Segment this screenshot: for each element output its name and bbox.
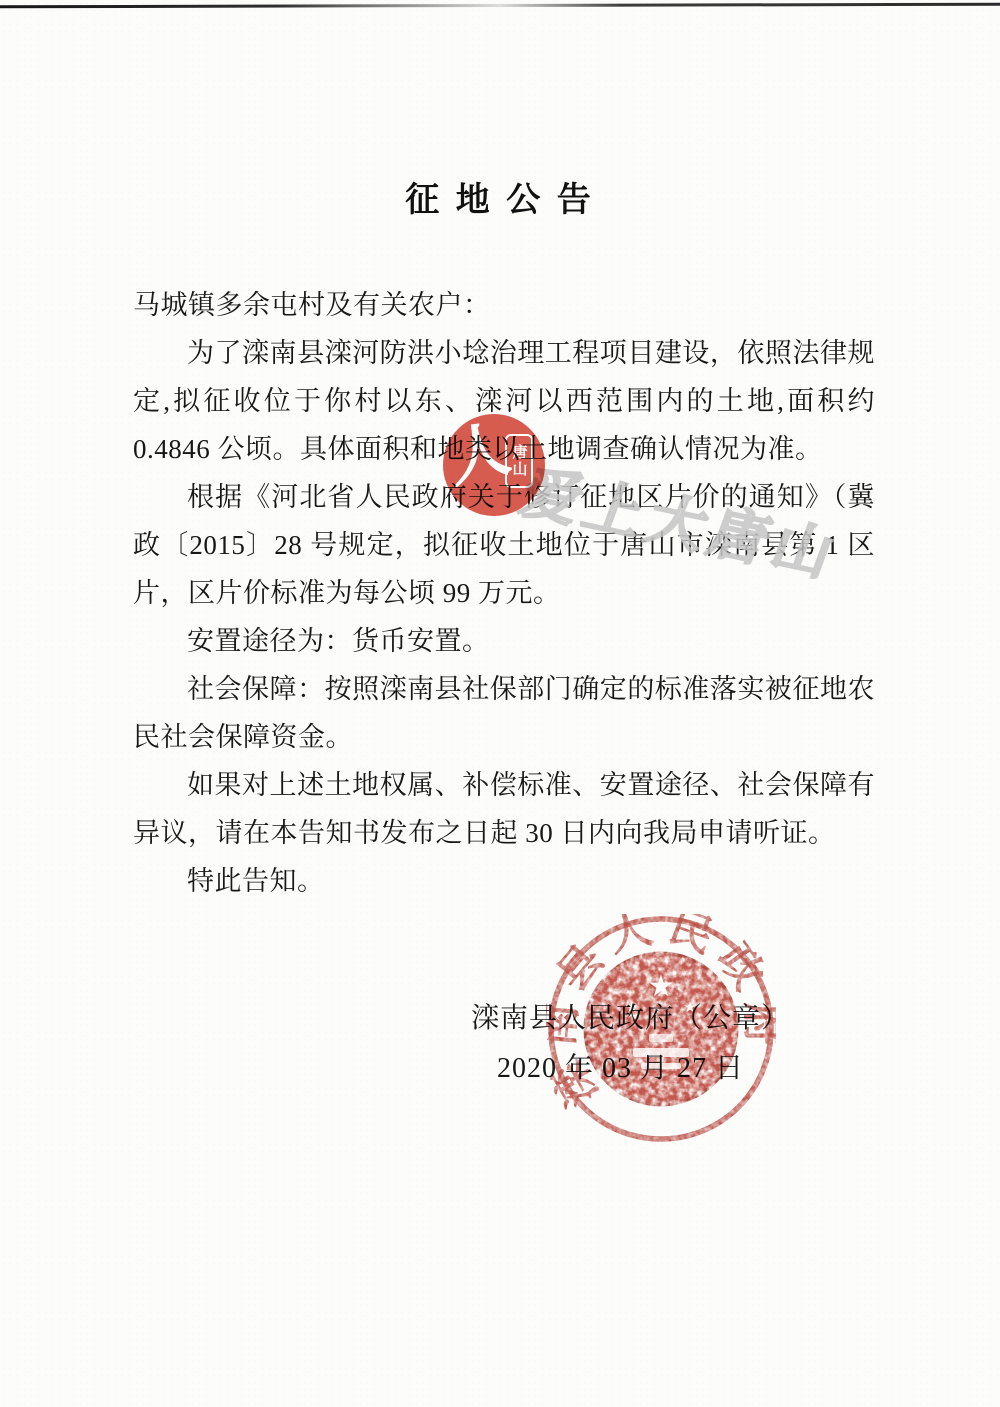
emblem-star-small-left: ★ [625, 1000, 638, 1016]
app-logo-watermark: 人 唐山 [443, 414, 545, 516]
seal-emblem: ★ ★ ★ [585, 953, 737, 1105]
official-seal: 滦南县人民政府 ★ ★ ★ [546, 914, 776, 1144]
emblem-gate-band [641, 1063, 681, 1069]
body-paragraph: 特此告知。 [133, 857, 875, 905]
emblem-star-large: ★ [648, 970, 675, 1003]
body-paragraph: 安置途径为：货币安置。 [133, 617, 875, 665]
page-title: 征 地 公 告 [0, 172, 1000, 221]
scan-artifact-top-line [0, 3, 1000, 9]
body-paragraph: 社会保障：按照滦南县社保部门确定的标准落实被征地农民社会保障资金。 [133, 665, 875, 761]
logo-tangshan-label: 唐山 [505, 434, 533, 488]
document-page: 征 地 公 告 马城镇多余屯村及有关农户： 为了滦南县滦河防洪小埝治理工程项目建… [0, 0, 1000, 1407]
emblem-star-small-right: ★ [683, 1000, 696, 1016]
emblem-gate-band [649, 1034, 673, 1042]
emblem-gate-band [633, 1048, 689, 1057]
body-paragraph: 如果对上述土地权属、补偿标准、安置途径、社会保障有异议，请在本告知书发布之日起 … [133, 761, 875, 857]
recipient-line: 马城镇多余屯村及有关农户： [133, 281, 875, 329]
document-body: 马城镇多余屯村及有关农户： 为了滦南县滦河防洪小埝治理工程项目建设，依照法律规定… [133, 281, 875, 905]
